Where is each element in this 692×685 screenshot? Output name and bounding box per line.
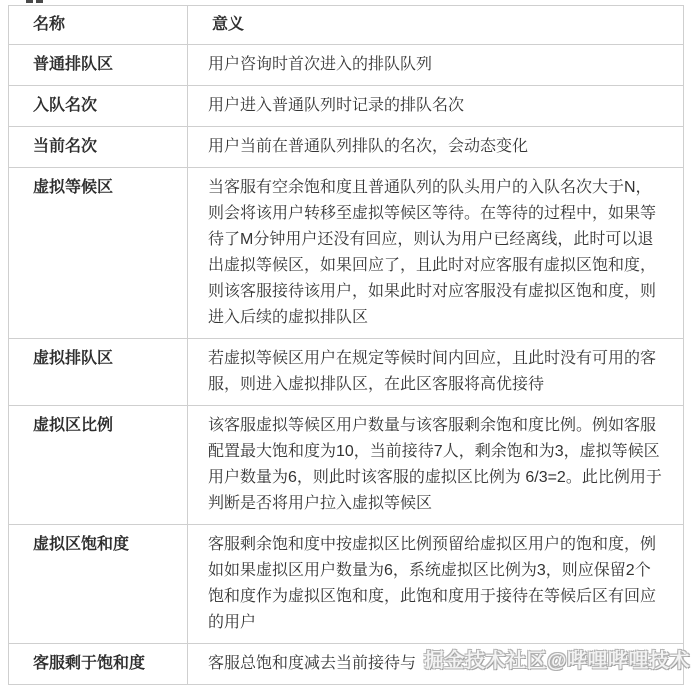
term-name: 当前名次 bbox=[9, 127, 188, 168]
term-meaning: 客服剩余饱和度中按虚拟区比例预留给虚拟区用户的饱和度，例如如果虚拟区用户数量为6… bbox=[188, 525, 684, 644]
table-row: 入队名次 用户进入普通队列时记录的排队名次 bbox=[9, 86, 684, 127]
column-header-name: 名称 bbox=[9, 6, 188, 45]
term-meaning: 该客服虚拟等候区用户数量与该客服剩余饱和度比例。例如客服配置最大饱和度为10，当… bbox=[188, 406, 684, 525]
term-name: 客服剩于饱和度 bbox=[9, 644, 188, 685]
cropped-text-artifact bbox=[26, 0, 33, 3]
table-row: 当前名次 用户当前在普通队列排队的名次，会动态变化 bbox=[9, 127, 684, 168]
term-meaning: 用户进入普通队列时记录的排队名次 bbox=[188, 86, 684, 127]
term-name: 虚拟排队区 bbox=[9, 339, 188, 406]
term-meaning: 客服总饱和度减去当前接待与 bbox=[188, 644, 684, 685]
table-header-row: 名称 意义 bbox=[9, 6, 684, 45]
column-header-meaning: 意义 bbox=[188, 6, 684, 45]
table-row: 虚拟区饱和度 客服剩余饱和度中按虚拟区比例预留给虚拟区用户的饱和度，例如如果虚拟… bbox=[9, 525, 684, 644]
table-row: 虚拟区比例 该客服虚拟等候区用户数量与该客服剩余饱和度比例。例如客服配置最大饱和… bbox=[9, 406, 684, 525]
term-name: 虚拟区饱和度 bbox=[9, 525, 188, 644]
term-meaning: 用户当前在普通队列排队的名次，会动态变化 bbox=[188, 127, 684, 168]
term-meaning: 当客服有空余饱和度且普通队列的队头用户的入队名次大于N，则会将该用户转移至虚拟等… bbox=[188, 168, 684, 339]
glossary-table: 名称 意义 普通排队区 用户咨询时首次进入的排队队列 入队名次 用户进入普通队列… bbox=[8, 5, 684, 685]
table-row: 虚拟等候区 当客服有空余饱和度且普通队列的队头用户的入队名次大于N，则会将该用户… bbox=[9, 168, 684, 339]
term-meaning: 若虚拟等候区用户在规定等候时间内回应，且此时没有可用的客服，则进入虚拟排队区，在… bbox=[188, 339, 684, 406]
table-row: 客服剩于饱和度 客服总饱和度减去当前接待与 bbox=[9, 644, 684, 685]
table-row: 普通排队区 用户咨询时首次进入的排队队列 bbox=[9, 45, 684, 86]
term-meaning: 用户咨询时首次进入的排队队列 bbox=[188, 45, 684, 86]
term-name: 虚拟等候区 bbox=[9, 168, 188, 339]
term-name: 普通排队区 bbox=[9, 45, 188, 86]
term-name: 虚拟区比例 bbox=[9, 406, 188, 525]
table-row: 虚拟排队区 若虚拟等候区用户在规定等候时间内回应，且此时没有可用的客服，则进入虚… bbox=[9, 339, 684, 406]
term-name: 入队名次 bbox=[9, 86, 188, 127]
page: 名称 意义 普通排队区 用户咨询时首次进入的排队队列 入队名次 用户进入普通队列… bbox=[0, 0, 692, 685]
